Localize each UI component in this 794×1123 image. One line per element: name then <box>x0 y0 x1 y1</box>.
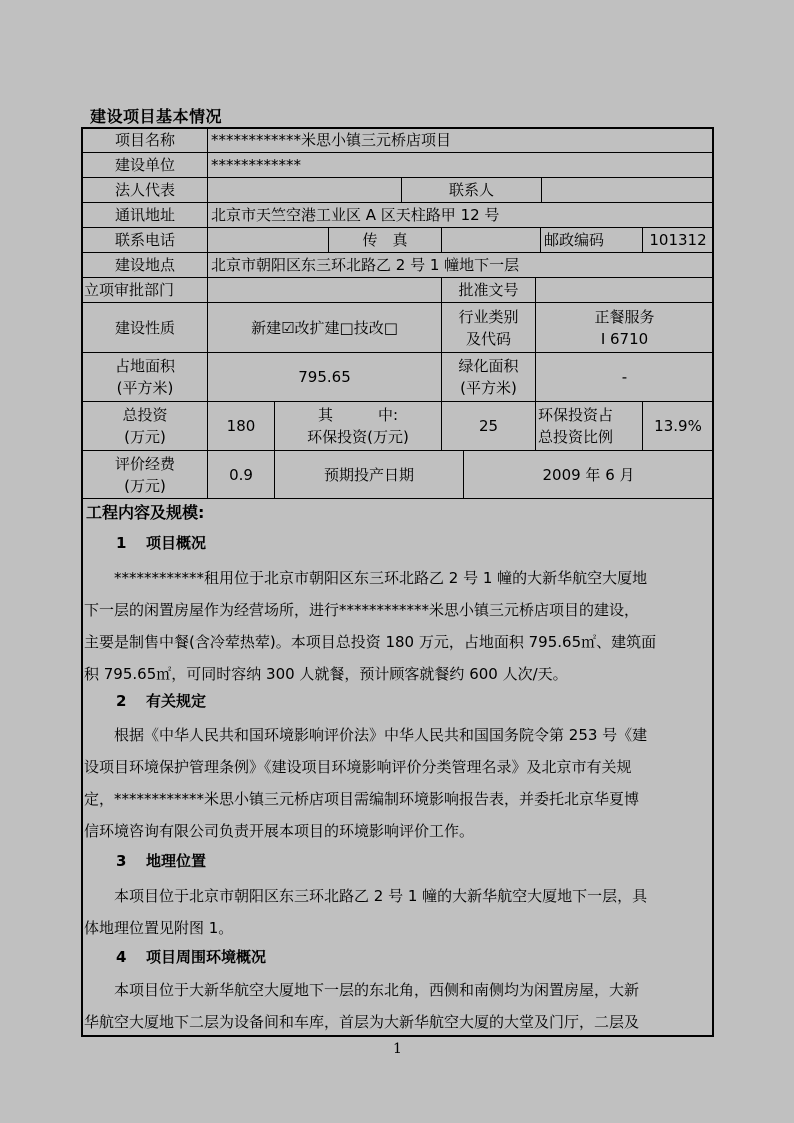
env-invest-label: 其 中: 环保投资(万元) <box>275 402 441 450</box>
builder-value: ************ <box>208 153 713 177</box>
phone-value <box>208 228 328 252</box>
section-paragraph-2: 根据《中华人民共和国环境影响评价法》中华人民共和国国务院令第 253 号《建 设… <box>84 719 712 847</box>
section-title-text: 有关规定 <box>146 692 206 710</box>
section-paragraph-3: 本项目位于北京市朝阳区东三环北路乙 2 号 1 幢的大新华航空大厦地下一层，具 … <box>84 880 712 944</box>
section-number: 4 <box>116 948 146 966</box>
paragraph-line: ************租用位于北京市朝阳区东三环北路乙 2 号 1 幢的大新华… <box>84 562 712 594</box>
fax-label: 传 真 <box>329 228 441 252</box>
invest-label-line2: (万元) <box>124 426 166 448</box>
eval-fee-value: 0.9 <box>208 451 274 498</box>
fax-value <box>442 228 540 252</box>
industry-code: I 6710 <box>601 328 648 350</box>
invest-value: 180 <box>208 402 274 450</box>
section-title-text: 项目周围环境概况 <box>146 948 266 966</box>
industry-name: 正餐服务 <box>594 306 654 328</box>
industry-label-line1: 行业类别 <box>458 306 518 328</box>
invest-label: 总投资 (万元) <box>83 402 207 450</box>
content-heading: 工程内容及规模: <box>86 500 204 523</box>
start-date-value: 2009 年 6 月 <box>464 451 713 498</box>
ratio-value: 13.9% <box>643 402 713 450</box>
section-heading-1: 1项目概况 <box>116 532 206 553</box>
builder-label: 建设单位 <box>83 153 207 177</box>
eval-fee-label: 评价经费 (万元) <box>83 451 207 498</box>
paragraph-line: 体地理位置见附图 1。 <box>84 912 712 944</box>
env-invest-label-line1: 其 中: <box>318 404 398 426</box>
page-number: 1 <box>393 1041 402 1057</box>
industry-value: 正餐服务 I 6710 <box>536 303 713 352</box>
area-label-line1: 占地面积 <box>115 355 175 377</box>
approval-dept-value <box>208 278 441 302</box>
ratio-label-line2: 总投资比例 <box>538 426 613 448</box>
ratio-label-line1: 环保投资占 <box>538 404 613 426</box>
eval-fee-label-line2: (万元) <box>124 475 166 497</box>
paragraph-line: 根据《中华人民共和国环境影响评价法》中华人民共和国国务院令第 253 号《建 <box>84 719 712 751</box>
ratio-label: 环保投资占 总投资比例 <box>536 402 642 450</box>
contact-value <box>542 178 713 202</box>
project-name-value: ************米思小镇三元桥店项目 <box>208 128 713 152</box>
paragraph-line: 华航空大厦地下二层为设备间和车库，首层为大新华航空大厦的大堂及门厅，二层及 <box>84 1006 712 1038</box>
paragraph-line: 主要是制售中餐(含冷荤热荤)。本项目总投资 180 万元，占地面积 795.65… <box>84 626 712 658</box>
address-label: 通讯地址 <box>83 203 207 227</box>
start-date-label: 预期投产日期 <box>275 451 463 498</box>
area-value: 795.65 <box>208 353 441 401</box>
paragraph-line: 设项目环境保护管理条例》《建设项目环境影响评价分类管理名录》及北京市有关规 <box>84 751 712 783</box>
area-label: 占地面积 (平方米) <box>83 353 207 401</box>
industry-label-line2: 及代码 <box>466 328 511 350</box>
section-heading-2: 2有关规定 <box>116 690 206 711</box>
site-label: 建设地点 <box>83 253 207 277</box>
postcode-label: 邮政编码 <box>541 228 642 252</box>
paragraph-line: 定，************米思小镇三元桥店项目需编制环境影响报告表，并委托北京… <box>84 783 712 815</box>
env-invest-label-line2: 环保投资(万元) <box>307 426 409 448</box>
section-title-text: 项目概况 <box>146 534 206 552</box>
env-invest-value: 25 <box>442 402 535 450</box>
invest-label-line1: 总投资 <box>122 404 167 426</box>
legal-rep-label: 法人代表 <box>83 178 207 202</box>
green-label-line2: (平方米) <box>460 377 517 399</box>
section-heading-3: 3地理位置 <box>116 850 206 871</box>
section-number: 2 <box>116 692 146 710</box>
green-value: - <box>536 353 713 401</box>
approval-dept-label: 立项审批部门 <box>83 278 207 302</box>
green-label: 绿化面积 (平方米) <box>442 353 535 401</box>
row-divider <box>81 498 714 499</box>
site-value: 北京市朝阳区东三环北路乙 2 号 1 幢地下一层 <box>208 253 713 277</box>
section-number: 1 <box>116 534 146 552</box>
nature-checkboxes: 新建☑改扩建□技改□ <box>208 303 441 352</box>
section-paragraph-4: 本项目位于大新华航空大厦地下一层的东北角，西侧和南侧均为闲置房屋，大新 华航空大… <box>84 974 712 1038</box>
section-heading-4: 4项目周围环境概况 <box>116 946 266 967</box>
project-name-label: 项目名称 <box>83 128 207 152</box>
section-title-text: 地理位置 <box>146 852 206 870</box>
nature-label: 建设性质 <box>83 303 207 352</box>
paragraph-line: 信环境咨询有限公司负责开展本项目的环境影响评价工作。 <box>84 815 712 847</box>
paragraph-line: 下一层的闲置房屋作为经营场所，进行************米思小镇三元桥店项目的… <box>84 594 712 626</box>
green-label-line1: 绿化面积 <box>458 355 518 377</box>
paragraph-line: 本项目位于北京市朝阳区东三环北路乙 2 号 1 幢的大新华航空大厦地下一层，具 <box>84 880 712 912</box>
postcode-value: 101312 <box>643 228 713 252</box>
legal-rep-value <box>208 178 401 202</box>
address-value: 北京市天竺空港工业区 A 区天柱路甲 12 号 <box>208 203 713 227</box>
section-title: 建设项目基本情况 <box>90 104 222 127</box>
industry-label: 行业类别 及代码 <box>442 303 535 352</box>
phone-label: 联系电话 <box>83 228 207 252</box>
paragraph-line: 本项目位于大新华航空大厦地下一层的东北角，西侧和南侧均为闲置房屋，大新 <box>84 974 712 1006</box>
section-paragraph-1: ************租用位于北京市朝阳区东三环北路乙 2 号 1 幢的大新华… <box>84 562 712 690</box>
paragraph-line: 积 795.65㎡，可同时容纳 300 人就餐，预计顾客就餐约 600 人次/天… <box>84 658 712 690</box>
area-label-line2: (平方米) <box>117 377 174 399</box>
contact-label: 联系人 <box>402 178 541 202</box>
approval-no-value <box>536 278 713 302</box>
section-number: 3 <box>116 852 146 870</box>
eval-fee-label-line1: 评价经费 <box>115 453 175 475</box>
approval-no-label: 批准文号 <box>442 278 535 302</box>
